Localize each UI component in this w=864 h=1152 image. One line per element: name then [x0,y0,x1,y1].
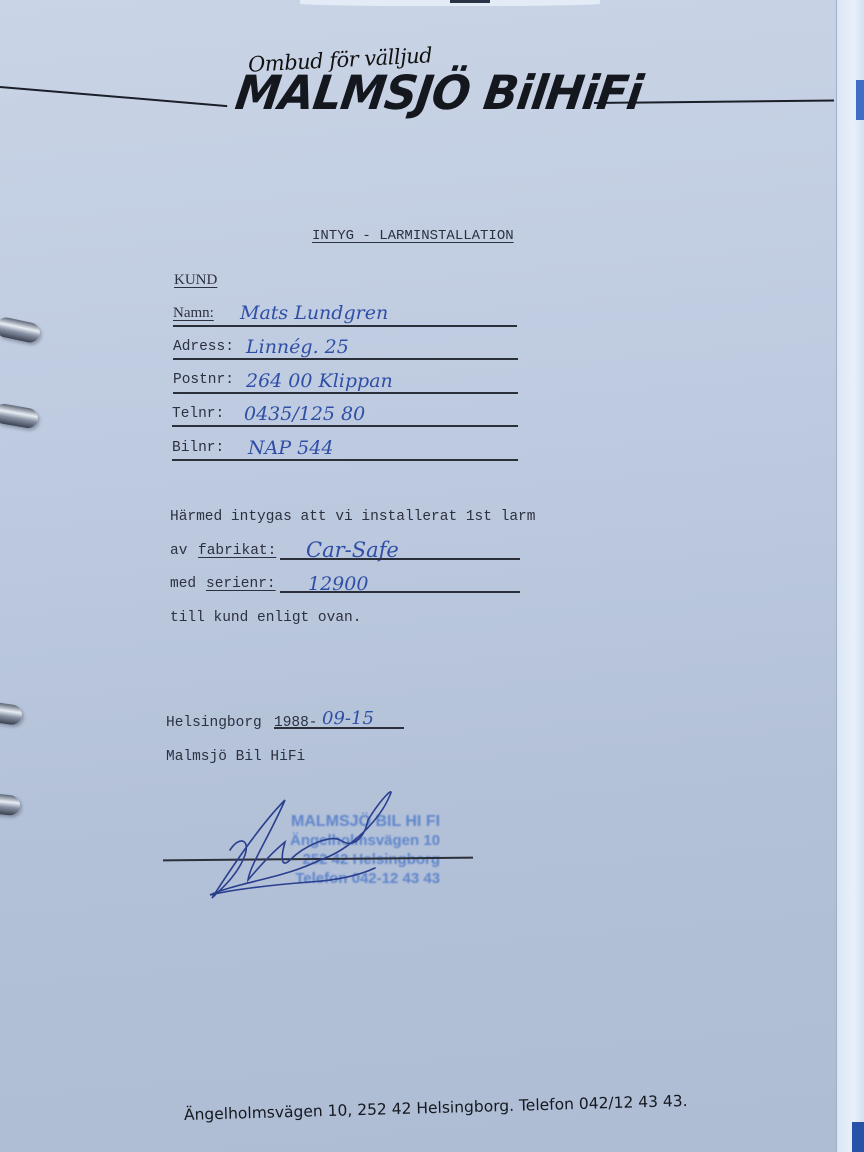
field-label-address: Adress: [173,339,234,355]
signatory: Malmsjö Bil HiFi [166,749,305,765]
field-value-telnr: 0435/125 80 [244,403,365,425]
date-handwritten: 09-15 [322,708,374,729]
field-value-address: Linnég. 25 [246,336,349,358]
statement-line-4: till kund enligt ovan. [170,610,361,626]
field-value-postnr: 264 00 Klippan [246,370,393,392]
binder-tab [856,80,864,120]
field-label-postnr: Postnr: [173,372,234,388]
section-heading: KUND [174,272,217,289]
field-label-bilnr: Bilnr: [172,440,224,456]
document-page [0,0,836,1152]
date-typed: 1988- [274,715,318,731]
page-stack-edge [836,0,864,1152]
field-line [172,459,518,461]
field-value-bilnr: NAP 544 [248,437,333,459]
field-line [172,425,518,427]
fabrikat-prefix: av [170,543,187,559]
serienr-prefix: med [170,576,196,592]
field-label-telnr: Telnr: [172,406,224,422]
company-logo: MALMSJÖ BilHiFi [232,65,645,121]
field-label-name: Namn: [173,305,214,322]
signature-icon [190,780,430,905]
binder-tab [852,1122,864,1152]
place: Helsingborg [166,715,262,731]
page-top-edge [300,0,600,6]
field-value-name: Mats Lundgren [240,302,388,324]
field-line [173,392,518,394]
document-title: INTYG - LARMINSTALLATION [312,228,514,244]
statement-line-1: Härmed intygas att vi installerat 1st la… [170,509,535,525]
field-line [173,325,517,327]
field-line [280,558,520,560]
field-line [173,358,518,360]
field-line [280,591,520,593]
fabrikat-label: fabrikat: [198,543,276,559]
serienr-label: serienr: [206,576,276,592]
field-line [274,727,404,729]
